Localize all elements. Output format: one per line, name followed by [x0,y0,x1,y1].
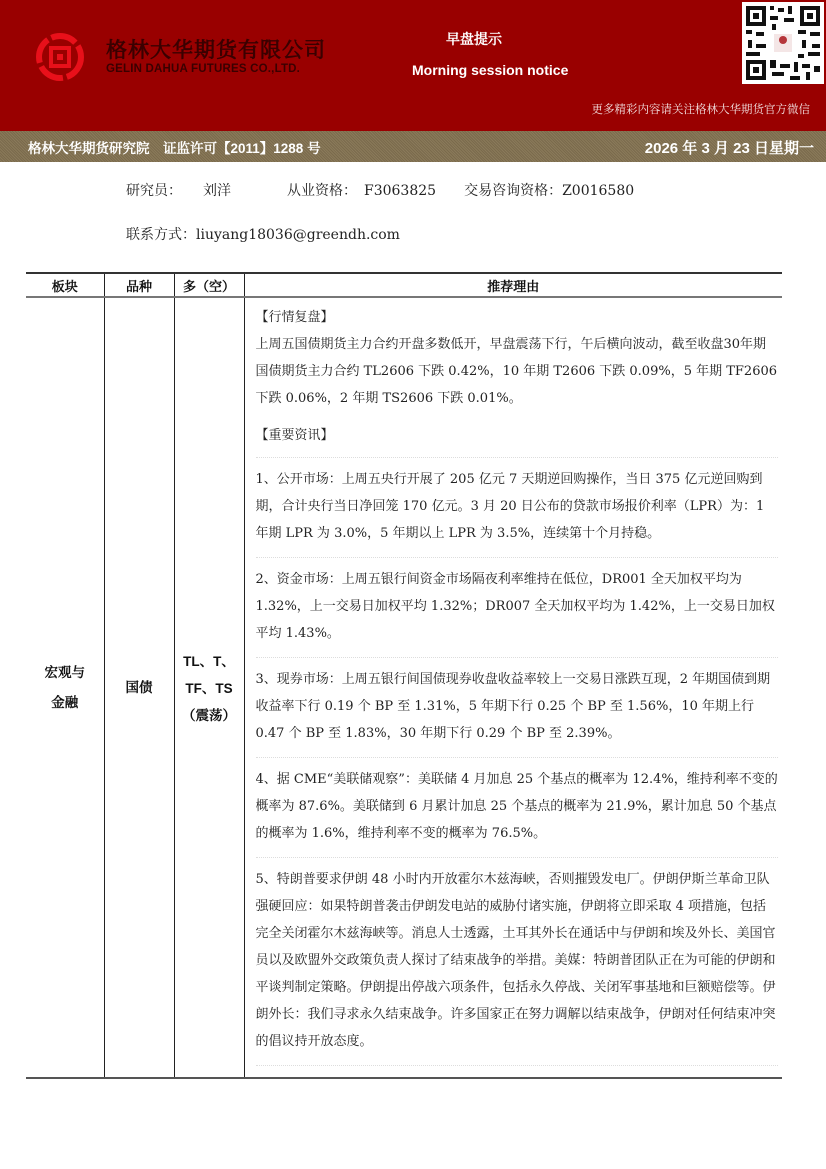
divider [256,757,779,758]
news-item-1: 1、公开市场：上周五央行开展了 205 亿元 7 天期逆回购操作，当日 375 … [256,466,779,547]
analyst-contact: 联系方式：liuyang18036@greendh.com [126,224,400,244]
divider [256,857,779,858]
recommendation-table: 板块 品种 多（空） 推荐理由 宏观与金融 国债 TL、T、TF、TS（震荡） … [26,272,782,1078]
news-item-2: 2、资金市场：上周五银行间资金市场隔夜利率维持在低位，DR001 全天加权平均为… [256,566,779,647]
sector-cell: 宏观与金融 [26,297,104,1078]
news-item-3: 3、现券市场：上周五银行间国债现券收盘收益率较上一交易日涨跌互现，2 年期国债到… [256,666,779,747]
header-banner: 格林大华期货有限公司 GELIN DAHUA FUTURES CO.,LTD. … [0,0,826,131]
info-bar: 格林大华期货研究院 证监许可【2011】1288 号 2026 年 3 月 23… [0,131,826,162]
news-item-5: 5、特朗普要求伊朗 48 小时内开放霍尔木兹海峡，否则摧毁发电厂。伊朗伊斯兰革命… [256,866,779,1055]
company-name-cn: 格林大华期货有限公司 [106,34,326,64]
report-title-cn: 早盘提示 [446,29,502,49]
column-header-direction: 多（空） [174,273,244,297]
product-cell: 国债 [104,297,174,1078]
reason-cell: 【行情复盘】 上周五国债期货主力合约开盘多数低开，早盘震荡下行，午后横向波动，截… [244,297,782,1078]
paragraph: 上周五国债期货主力合约开盘多数低开，早盘震荡下行，午后横向波动，截至收盘30年期… [256,331,779,412]
follow-wechat-text: 更多精彩内容请关注格林大华期货官方微信 [592,101,811,117]
divider [256,457,779,458]
company-name-en: GELIN DAHUA FUTURES CO.,LTD. [106,63,300,75]
analyst-credentials: 研究员： 刘洋 从业资格： F3063825 交易咨询资格：Z0016580 [126,180,634,200]
column-header-sector: 板块 [26,273,104,297]
section-title-key-news: 【重要资讯】 [256,422,779,449]
news-item-6: 6、伊朗外交部 22 日发表声明，称霍尔木兹海峡并未被封锁，在遵守因战争形势而采… [256,1074,779,1075]
market-review-section: 【行情复盘】 上周五国债期货主力合约开盘多数低开，早盘震荡下行，午后横向波动，截… [256,304,779,412]
key-news-section: 【重要资讯】 1、公开市场：上周五央行开展了 205 亿元 7 天期逆回购操作，… [256,422,779,1075]
reason-content: 【行情复盘】 上周五国债期货主力合约开盘多数低开，早盘震荡下行，午后横向波动，截… [256,304,779,1075]
report-date: 2026 年 3 月 23 日星期一 [645,137,814,158]
divider [256,1065,779,1066]
direction-text: TL、T、TF、TS（震荡） [181,648,237,729]
table-header-row: 板块 品种 多（空） 推荐理由 [26,273,782,297]
divider [256,657,779,658]
company-logo-icon [32,33,88,81]
report-title-en: Morning session notice [412,62,568,78]
column-header-product: 品种 [104,273,174,297]
divider [256,557,779,558]
table-row: 宏观与金融 国债 TL、T、TF、TS（震荡） 【行情复盘】 上周五国债期货主力… [26,297,782,1078]
direction-cell: TL、T、TF、TS（震荡） [174,297,244,1078]
news-item-4: 4、据 CME“美联储观察”：美联储 4 月加息 25 个基点的概率为 12.4… [256,766,779,847]
table-bottom-border [26,1077,782,1079]
wechat-qr-code-icon[interactable] [742,2,824,84]
institute-license: 格林大华期货研究院 证监许可【2011】1288 号 [28,137,321,157]
column-header-reason: 推荐理由 [244,273,782,297]
sector-text: 宏观与金融 [39,658,91,718]
section-title-market-review: 【行情复盘】 [256,304,779,331]
